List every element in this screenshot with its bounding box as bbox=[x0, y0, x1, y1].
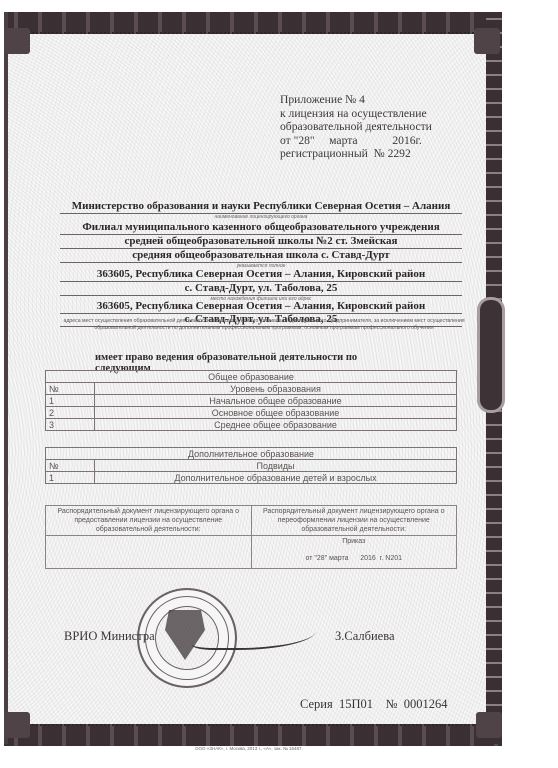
general-education-table: Общее образование № Уровень образования … bbox=[45, 370, 457, 431]
row-level: Начальное общее образование bbox=[95, 395, 457, 407]
order-grant-header: Распорядительный документ лицензирующего… bbox=[46, 506, 252, 536]
col-level-header: Уровень образования bbox=[95, 383, 457, 395]
signatory-title: ВРИО Министра bbox=[64, 629, 155, 644]
location-line-1: 363605, Республика Северная Осетия – Ала… bbox=[60, 268, 462, 282]
row-number: 2 bbox=[46, 407, 95, 419]
date-day: от "28" bbox=[280, 134, 315, 147]
order-doc-type: Приказ bbox=[255, 537, 454, 546]
organization-line-2: средней общеобразовательной школы №2 ст.… bbox=[60, 235, 462, 249]
appendix-number: Приложение № 4 bbox=[280, 93, 470, 107]
organization-line-3: средняя общеобразовательная школа с. Ста… bbox=[60, 249, 462, 263]
licensing-body-name: Министерство образования и науки Республ… bbox=[60, 200, 462, 214]
appendix-date: от "28" марта 2016г. bbox=[280, 134, 470, 148]
appendix-line-3: образовательной деятельности bbox=[280, 120, 470, 134]
row-level: Основное общее образование bbox=[95, 407, 457, 419]
corner-ornament-icon bbox=[4, 28, 30, 54]
order-date: от "28" марта 2016 г. N201 bbox=[255, 554, 454, 563]
table-row: 3 Среднее общее образование bbox=[46, 419, 457, 431]
row-level: Среднее общее образование bbox=[95, 419, 457, 431]
series-value: 15П01 bbox=[339, 697, 373, 711]
appendix-line-2: к лицензия на осуществление bbox=[280, 107, 470, 121]
row-number: 3 bbox=[46, 419, 95, 431]
licensing-body-hint: наименование лицензирующего органа bbox=[60, 214, 462, 220]
corner-ornament-icon bbox=[476, 712, 502, 738]
order-grant-value bbox=[46, 536, 252, 569]
table-row: 1 Дополнительное образование детей и взр… bbox=[46, 472, 457, 484]
number-value: 0001264 bbox=[404, 697, 448, 711]
date-year: 2016г. bbox=[392, 134, 422, 147]
order-reissue-value: Приказ от "28" марта 2016 г. N201 bbox=[251, 536, 457, 569]
registration-label: регистрационный bbox=[280, 147, 368, 160]
orders-table: Распорядительный документ лицензирующего… bbox=[45, 505, 457, 569]
col-number-header: № bbox=[46, 383, 95, 395]
row-number: 1 bbox=[46, 472, 95, 484]
col-number-header: № bbox=[46, 460, 95, 472]
additional-education-table: Дополнительное образование № Подвиды 1 Д… bbox=[45, 447, 457, 484]
registration-value: № 2292 bbox=[374, 147, 411, 160]
date-month: марта bbox=[329, 134, 357, 147]
additional-education-title: Дополнительное образование bbox=[46, 448, 457, 460]
ornamental-border-bottom bbox=[4, 724, 502, 746]
series-number: Серия 15П01 № 0001264 bbox=[300, 697, 447, 712]
organization-line-1: Филиал муниципального казенного общеобра… bbox=[60, 221, 462, 235]
series-label: Серия bbox=[300, 697, 333, 711]
order-reissue-header: Распорядительный документ лицензирующего… bbox=[251, 506, 457, 536]
registration-number: регистрационный № 2292 bbox=[280, 147, 470, 161]
corner-ornament-icon bbox=[474, 28, 500, 54]
row-number: 1 bbox=[46, 395, 95, 407]
activity-address-fine-print: адреса мест осуществления образовательно… bbox=[58, 318, 470, 332]
appendix-header: Приложение № 4 к лицензия на осуществлен… bbox=[280, 93, 470, 161]
number-label: № bbox=[386, 697, 398, 711]
table-row: 1 Начальное общее образование bbox=[46, 395, 457, 407]
row-subtype: Дополнительное образование детей и взрос… bbox=[95, 472, 457, 484]
side-ornament-icon bbox=[480, 300, 502, 410]
activity-address-line-1: 363605, Республика Северная Осетия – Ала… bbox=[60, 300, 462, 314]
location-line-2: с. Ставд-Дурт, ул. Таболова, 25 bbox=[60, 282, 462, 296]
general-education-title: Общее образование bbox=[46, 371, 457, 383]
printer-imprint: ООО «ЗНАК», г. Москва, 2013 г., «А», зак… bbox=[195, 746, 303, 751]
ornamental-border-top bbox=[4, 12, 502, 34]
corner-ornament-icon bbox=[4, 712, 30, 738]
ornamental-border-left bbox=[4, 12, 8, 744]
signatory-name: З.Салбиева bbox=[335, 629, 395, 644]
col-subtype-header: Подвиды bbox=[95, 460, 457, 472]
table-row: 2 Основное общее образование bbox=[46, 407, 457, 419]
